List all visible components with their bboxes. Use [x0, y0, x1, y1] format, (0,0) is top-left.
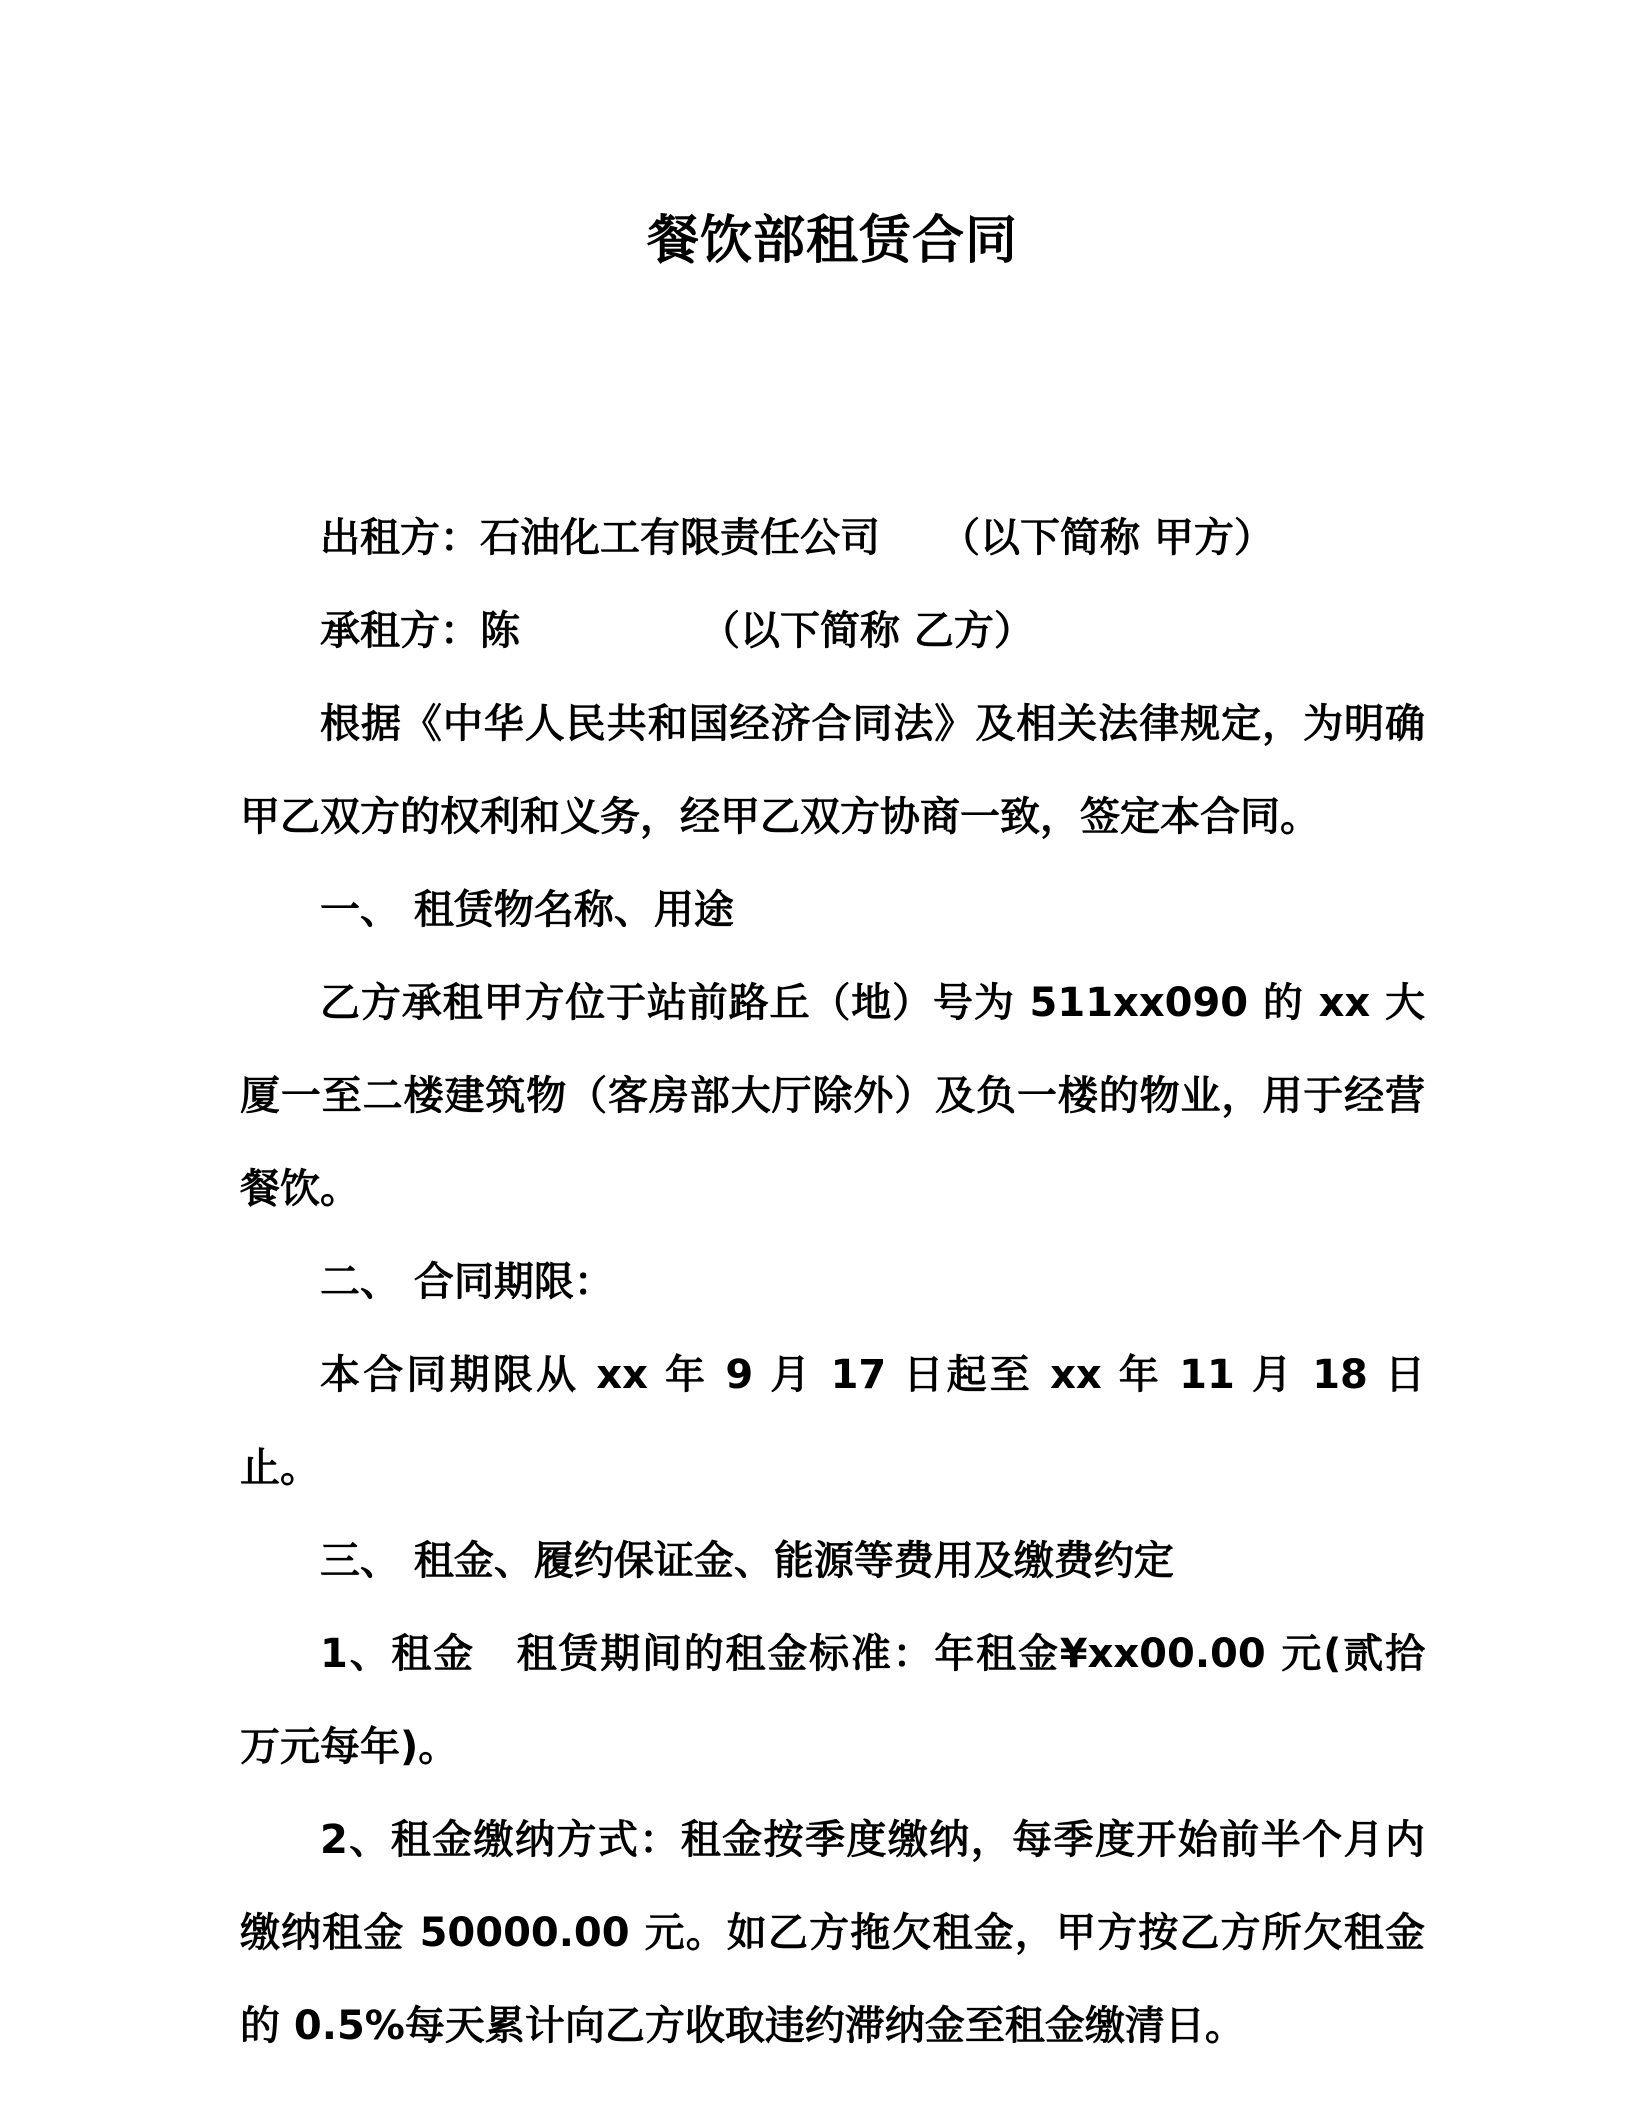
paragraph-rent-standard: 1、租金 租赁期间的租金标准：年租金¥xx00.00 元(贰拾万元每年)。 — [240, 1608, 1425, 1794]
section-heading-2: 二、 合同期限： — [240, 1236, 1425, 1329]
section-heading-3: 三、 租金、履约保证金、能源等费用及缴费约定 — [240, 1515, 1425, 1608]
paragraph-preamble: 根据《中华人民共和国经济合同法》及相关法律规定，为明确甲乙双方的权利和义务，经甲… — [240, 678, 1425, 864]
paragraph-lessee: 承租方：陈 （以下简称 乙方） — [240, 585, 1425, 678]
paragraph-lessor: 出租方：石油化工有限责任公司 （以下简称 甲方） — [240, 492, 1425, 585]
document-page: 餐饮部租赁合同 出租方：石油化工有限责任公司 （以下简称 甲方） 承租方：陈 （… — [0, 0, 1632, 2112]
document-title: 餐饮部租赁合同 — [240, 205, 1425, 277]
document-body: 出租方：石油化工有限责任公司 （以下简称 甲方） 承租方：陈 （以下简称 乙方）… — [240, 492, 1425, 2073]
paragraph-contract-term: 本合同期限从 xx 年 9 月 17 日起至 xx 年 11 月 18 日止。 — [240, 1329, 1425, 1515]
paragraph-rent-payment: 2、租金缴纳方式：租金按季度缴纳，每季度开始前半个月内缴纳租金 50000.00… — [240, 1794, 1425, 2073]
paragraph-leased-property: 乙方承租甲方位于站前路丘（地）号为 511xx090 的 xx 大厦一至二楼建筑… — [240, 957, 1425, 1236]
section-heading-1: 一、 租赁物名称、用途 — [240, 864, 1425, 957]
